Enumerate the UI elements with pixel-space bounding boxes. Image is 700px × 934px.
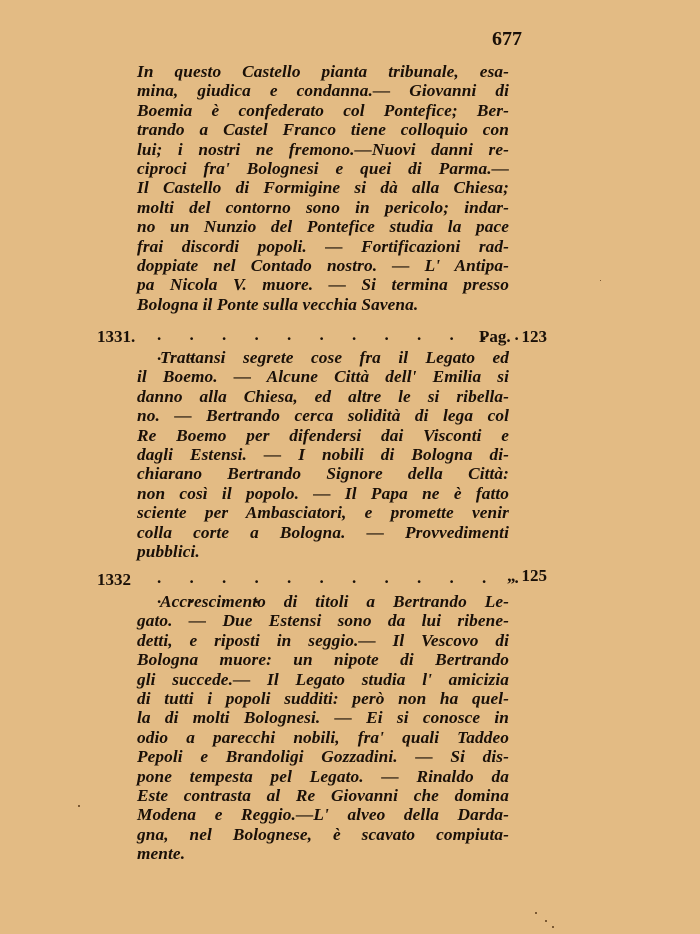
text-line: doppiate nel Contado nostro. — L' Antipa… — [137, 256, 509, 275]
text-line: Pepoli e Brandoligi Gozzadini. — Si dis- — [137, 747, 509, 766]
text-line: molti del contorno sono in pericolo; ind… — [137, 198, 509, 217]
text-line: detti, e riposti in seggio.— Il Vescovo … — [137, 631, 509, 650]
text-line: Bologna il Ponte sulla vecchia Savena. — [137, 295, 509, 314]
text-line: lui; i nostri ne fremono.—Nuovi danni re… — [137, 140, 509, 159]
text-line: mente. — [137, 844, 509, 863]
text-line: Bologna muore: un nipote di Bertrando — [137, 650, 509, 669]
text-line: pubblici. — [137, 542, 509, 561]
text-line: il Boemo. — Alcune Città dell' Emilia si — [137, 367, 509, 386]
text-line: ciproci fra' Bolognesi e quei di Parma.— — [137, 159, 509, 178]
entry-paragraph-1331: Trattansi segrete cose fra il Legato ed — [160, 348, 509, 367]
text-line: Accrescimento di titoli a Bertrando Le- — [160, 592, 509, 611]
entry-year: 1331. — [97, 327, 135, 347]
text-line: pa Nicola V. muore. — Si termina presso — [137, 275, 509, 294]
entry-heading-1332: 1332 . . . . . . . . . . . . . . . . „ 1… — [97, 570, 547, 590]
text-line: In questo Castello pianta tribunale, esa… — [137, 62, 509, 81]
text-line: trando a Castel Franco tiene colloquio c… — [137, 120, 509, 139]
entry-paragraph-1332-cont: gato. — Due Estensi sono da lui ribene- … — [137, 611, 509, 863]
page-reference: 125 — [522, 566, 548, 586]
text-line: danno alla Chiesa, ed altre le si ribell… — [137, 387, 509, 406]
text-line: pone tempesta pel Legato. — Rinaldo da — [137, 767, 509, 786]
text-line: Este contrasta al Re Giovanni che domina — [137, 786, 509, 805]
text-line: chiarano Bertrando Signore della Città: — [137, 464, 509, 483]
continuation-paragraph: In questo Castello pianta tribunale, esa… — [137, 62, 509, 314]
entry-paragraph-1331-cont: il Boemo. — Alcune Città dell' Emilia si… — [137, 367, 509, 561]
text-line: no un Nunzio del Pontefice studia la pac… — [137, 217, 509, 236]
page-number: 677 — [492, 28, 522, 51]
text-line: colla corte a Bologna. — Provvedimenti — [137, 523, 509, 542]
entry-heading-1331: 1331. . . . . . . . . . . . . . . Pag. 1… — [97, 327, 547, 347]
text-line: mina, giudica e condanna.— Giovanni di — [137, 81, 509, 100]
text-line: gna, nel Bolognese, è scavato compiuta- — [137, 825, 509, 844]
text-line: sciente per Ambasciatori, e promette ven… — [137, 503, 509, 522]
text-line: odio a parecchi nobili, fra' quali Tadde… — [137, 728, 509, 747]
text-line: dagli Estensi. — I nobili di Bologna di- — [137, 445, 509, 464]
page-reference: 123 — [522, 327, 548, 347]
page-label: Pag. — [479, 327, 511, 347]
paper-speck — [545, 920, 547, 922]
ditto-mark: „ — [507, 566, 516, 586]
text-line: no. — Bertrando cerca solidità di lega c… — [137, 406, 509, 425]
text-line: Re Boemo per difendersi dai Visconti e — [137, 426, 509, 445]
text-line: Modena e Reggio.—L' alveo della Darda- — [137, 805, 509, 824]
text-line: non così il popolo. — Il Papa ne è fatto — [137, 484, 509, 503]
text-line: di tutti i popoli sudditi: però non ha q… — [137, 689, 509, 708]
entry-paragraph-1332: Accrescimento di titoli a Bertrando Le- — [160, 592, 509, 611]
text-line: gli succede.— Il Legato studia l' amiciz… — [137, 670, 509, 689]
entry-year: 1332 — [97, 570, 131, 590]
paper-speck — [600, 280, 601, 281]
text-line: Trattansi segrete cose fra il Legato ed — [160, 348, 509, 367]
paper-speck — [552, 926, 554, 928]
text-line: Boemia è confederato col Pontefice; Ber- — [137, 101, 509, 120]
text-line: Il Castello di Formigine si dà alla Chie… — [137, 178, 509, 197]
text-line: gato. — Due Estensi sono da lui ribene- — [137, 611, 509, 630]
text-line: la di molti Bolognesi. — Ei si conosce i… — [137, 708, 509, 727]
text-line: frai discordi popoli. — Fortificazioni r… — [137, 237, 509, 256]
paper-speck — [78, 805, 80, 807]
paper-speck — [535, 912, 537, 914]
